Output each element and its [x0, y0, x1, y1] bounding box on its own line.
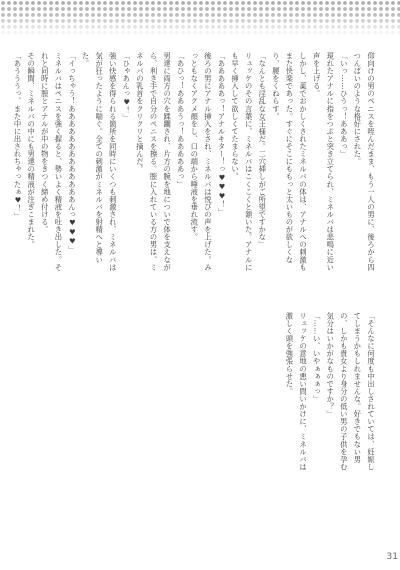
- dialogue-line: 「いっ……ひうっ！あああっ」: [337, 52, 351, 274]
- dialogue-line: 「なんとも淫乱な女王様だ。二穴挿しがご所望ですかな」: [256, 52, 270, 274]
- paragraph: リュッケの意地の悪い問いかけに、ミネルバは激しく頭を強張らせた。: [283, 312, 310, 472]
- dialogue-line: 「あああああっ！アナルキター！っ♥♥♥！」: [215, 52, 229, 274]
- dialogue-line: 「あうううっ、また中に出されちゃったぁ♥！」: [11, 52, 25, 274]
- paragraph: リュッケのその言葉に、ミネルバはこくこくと頷いた。アナルにも早く挿入して欲しくて…: [228, 52, 255, 274]
- page-number: 31: [387, 552, 398, 562]
- paragraph: しかし、薬でおかしくされたミネルバの体は、アナルへの刺激もまた快楽であった。すぐ…: [269, 52, 310, 274]
- dialogue-line: 「ひゃあんっ♥！」: [120, 52, 134, 274]
- paragraph: その瞬間、ミネルバの中にも男達の精液が注ぎこまれた。: [25, 52, 39, 274]
- main-text-block: 仰向けの男のペニスを咥んだまま、もう一人の男に、後ろから四つんばいのような格好に…: [23, 52, 378, 274]
- halftone-header-decoration: [0, 0, 400, 36]
- paragraph: 強い快感を得られる箇所を同時にいくつも刺激され、ミネルバは気が狂ったように喘ぐ。…: [79, 52, 120, 274]
- paragraph: ミネルバはペニスを強く握ると、勢いよく精液を吐き出した。それと同時に膣とアナルが…: [38, 52, 65, 274]
- paragraph: 後ろの男にアナル挿入をされ、ミネルバは悦びの声を上げた。みっともなくアクメ顔をし…: [188, 52, 215, 274]
- secondary-text-block: 「そんなに何度も中出しされていては、妊娠してしまうかもしれませんな。好きでもない…: [238, 312, 378, 472]
- paragraph: 男達に両方の穴を蹂躙され、片方の腕を地についで体を支えながら、利き手で自分のペニ…: [133, 52, 174, 274]
- dialogue-line: 「イっちゃう！あああああああああああああんっ♥♥♥」: [65, 52, 79, 274]
- dialogue-line: 「あひっ！あああうっ！あああああっ」: [174, 52, 188, 274]
- dialogue-line: 「そんなに何度も中出しされていては、妊娠してしまうかもしれませんな。好きでもない…: [324, 312, 378, 472]
- paragraph: 仰向けの男のペニスを咥んだまま、もう一人の男に、後ろから四つんばいのような格好に…: [351, 52, 378, 274]
- dialogue-line: 「……い、いやぁぁぁっ」: [310, 312, 324, 472]
- paragraph: 現れたアナルに指をつぷと突き立てられ、ミネルバは悲鳴に近い声を上げる。: [310, 52, 337, 274]
